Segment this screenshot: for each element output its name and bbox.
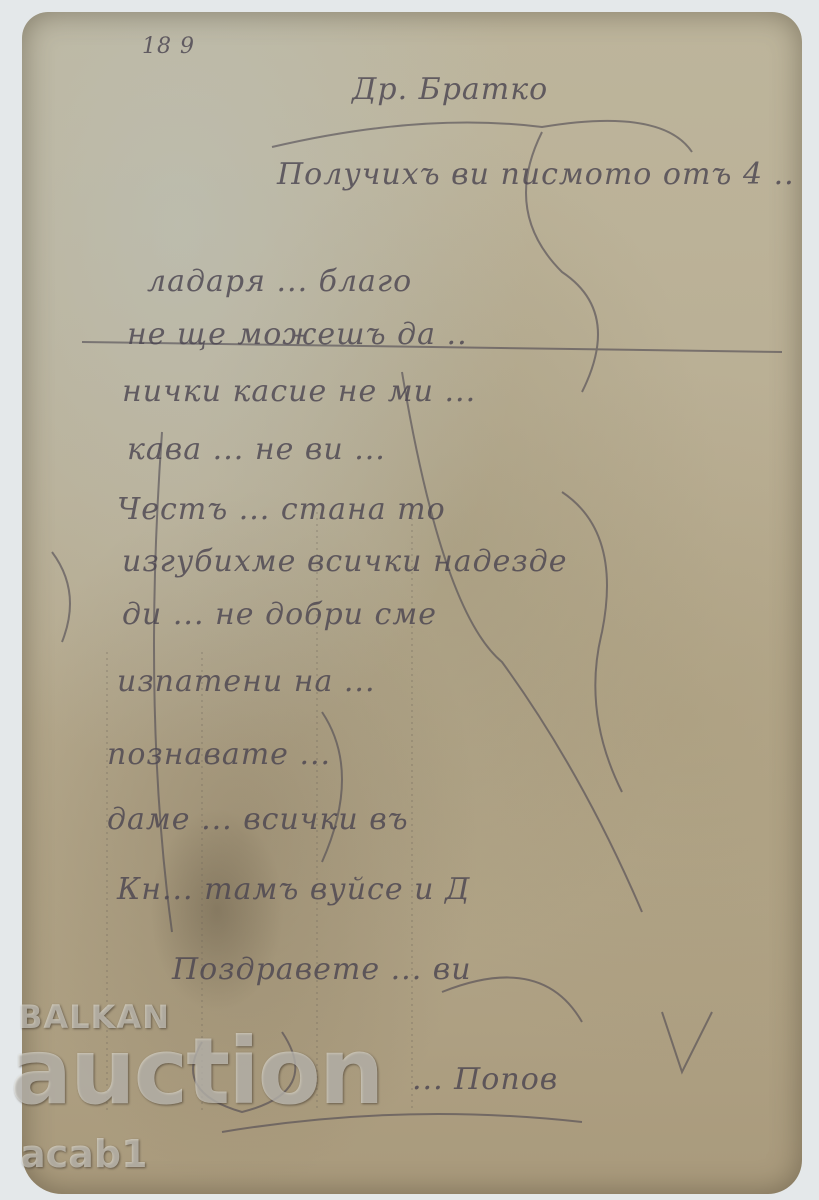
handwriting-line: кава ... не ви ... — [127, 432, 386, 467]
handwriting-line: познавате ... — [107, 737, 331, 772]
handwriting-line: изгубихме всички надезде — [122, 544, 568, 579]
handwriting-line: изпатени на ... — [117, 664, 376, 699]
handwriting-line: Получихъ ви писмото отъ 4 .. — [277, 157, 795, 192]
handwriting-line: нички касие не ми ... — [122, 374, 476, 409]
signature-text: ... Попов — [412, 1062, 558, 1097]
handwriting-line: Честъ ... стана то — [117, 492, 446, 527]
handwriting-line: Кн... тамъ вуйсе и Д — [117, 872, 470, 907]
handwriting-line: Поздравете ... ви — [172, 952, 472, 987]
date-text: 18 9 — [142, 34, 195, 59]
watermark-auction: auction — [10, 1018, 382, 1125]
watermark-user: acab1 — [20, 1132, 147, 1176]
handwriting-line: даме ... всички въ — [107, 802, 409, 837]
handwriting-line: ладаря ... благо — [147, 264, 412, 299]
greeting-text: Др. Братко — [352, 72, 548, 107]
handwriting-line: не ще можешъ да .. — [127, 317, 468, 352]
handwriting-line: ди ... не добри сме — [122, 597, 437, 632]
